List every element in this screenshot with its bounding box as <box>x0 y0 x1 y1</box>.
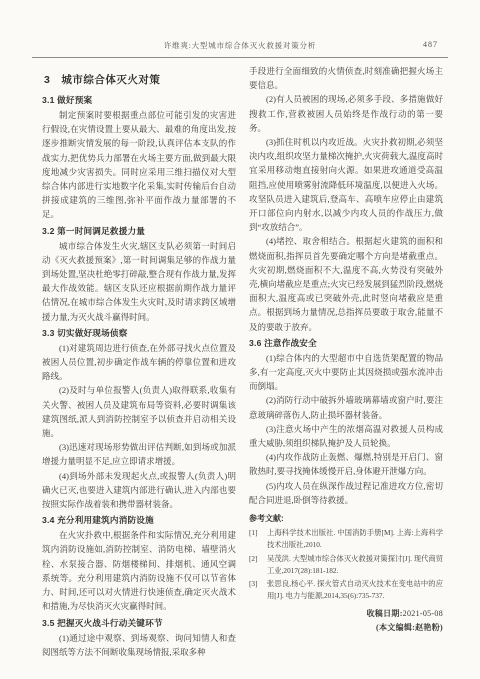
paragraph: 城市综合体发生火灾,辖区支队必须第一时间启动《灭火救援预案》,第一时间调集足够的… <box>42 239 236 324</box>
editor-note: (本文编辑:赵艳粉) <box>249 622 443 633</box>
paragraph: (4)到场外部未发现起火点,或报警人(负责人)明确火已灭,也要进入建筑内部进行确… <box>42 469 236 512</box>
reference-number: [1] <box>249 527 260 551</box>
paragraph: (3)迅速对现场形势做出评估判断,如到场或加派增援力量明显不足,应立即请求增援。 <box>42 440 236 468</box>
received-date-label: 收稿日期: <box>367 609 403 618</box>
paragraph: (4)内攻作战防止轰燃、爆燃,特别是开启门、窗散热时,要寻找掩体缓慢开启,身体避… <box>249 450 443 478</box>
left-column: 3 城市综合体灭火对策3.1 做好预案制定预案时要根据重点部位可能引发的灾害进行… <box>42 64 236 659</box>
running-title: 许维爽:大型城市综合体灭火救援对策分析 <box>164 40 316 51</box>
paragraph: (1)对建筑周边进行侦查,在外部寻找火点位置及被困人员位置,初步确定作战车辆的停… <box>42 341 236 384</box>
paragraph: (2)及时与单位报警人(负责人)取得联系,收集有关火警、被困人员及建筑布局等资料… <box>42 383 236 440</box>
two-column-body: 3 城市综合体灭火对策3.1 做好预案制定预案时要根据重点部位可能引发的灾害进行… <box>42 64 444 659</box>
received-date: 收稿日期:2021-05-08 <box>249 608 443 619</box>
references-heading: 参考文献: <box>249 513 443 524</box>
subsection-heading: 3.3 切实做好现场侦察 <box>42 327 236 339</box>
paragraph: (3)注意火场中产生的浓烟高温对救援人员构成重大威胁,须组织梯队掩护及人员轮换。 <box>249 422 443 450</box>
paragraph: (5)内攻人员在纵深作战过程记准进攻方位,密切配合同进退,卧倒等待救援。 <box>249 479 443 507</box>
paragraph: 在火灾扑救中,根据条件和实际情况,充分利用建筑内消防设施如,消防控制室、消防电梯… <box>42 528 236 613</box>
subsection-heading: 3.1 做好预案 <box>42 94 236 106</box>
paragraph: (2)有人员被困的现场,必须多手段、多措施做好搜救工作,营救被困人员始终是作战行… <box>249 92 443 135</box>
page-number: 487 <box>423 40 438 49</box>
reference-text: 吴茂洪. 大型城市综合体灭火救援对策探讨[J]. 现代商贸工业,2017(28)… <box>267 553 443 577</box>
paper-page: 许维爽:大型城市综合体灭火救援对策分析 487 3 城市综合体灭火对策3.1 做… <box>0 0 480 679</box>
paragraph: (4)堵控、取舍相结合。根据起火建筑的面积和燃烧面积,指挥员首先要确定哪个方向是… <box>249 234 443 333</box>
page-header: 许维爽:大型城市综合体灭火救援对策分析 487 <box>32 40 448 54</box>
right-column: 手段进行全面细致的火情侦查,时刻准确把握火场主要信息。(2)有人员被困的现场,必… <box>249 64 443 659</box>
paragraph: (2)消防行动中破拆外墙玻璃幕墙或窗户时,要注意玻璃碎落伤人,防止损坏器材装备。 <box>249 393 443 421</box>
subsection-heading: 3.2 第一时间调足救援力量 <box>42 225 236 237</box>
paragraph: (1)通过途中观察、到场观察、询问知情人和查阅图纸等方法不间断收集现场情报,采取… <box>42 631 236 659</box>
reference-text: 张思良,杨心平. 探火管式自动灭火技术在变电站中的应用[J]. 电力与能源,20… <box>267 578 443 602</box>
reference-item: [2]吴茂洪. 大型城市综合体灭火救援对策探讨[J]. 现代商贸工业,2017(… <box>249 553 443 577</box>
subsection-heading: 3.4 充分利用建筑内消防设施 <box>42 514 236 526</box>
paragraph: 制定预案时要根据重点部位可能引发的灾害进行假设,在灾情设置上要从最大、最难的角度… <box>42 108 236 222</box>
reference-number: [2] <box>249 553 260 577</box>
header-rule <box>32 57 448 58</box>
subsection-heading: 3.6 注意作战安全 <box>249 337 443 349</box>
paragraph-continuation: 手段进行全面细致的火情侦查,时刻准确把握火场主要信息。 <box>249 64 443 92</box>
reference-item: [1]上海科学技术出版社. 中国消防手册[M]. 上海:上海科学技术出版社,20… <box>249 527 443 551</box>
paragraph: (3)抓住时机以内攻近战。火灾扑救初期,必须坚决内攻,组织攻坚力量梯次掩护,火灾… <box>249 135 443 234</box>
reference-item: [3]张思良,杨心平. 探火管式自动灭火技术在变电站中的应用[J]. 电力与能源… <box>249 578 443 602</box>
section-heading: 3 城市综合体灭火对策 <box>44 72 236 87</box>
paragraph: (1)综合体内的大型超市中自选货架配置的物品多,有一定高度,灭火中要防止其因烧损… <box>249 351 443 394</box>
reference-number: [3] <box>249 578 260 602</box>
reference-text: 上海科学技术出版社. 中国消防手册[M]. 上海:上海科学技术出版社,2010. <box>267 527 443 551</box>
subsection-heading: 3.5 把握灭火战斗行动关键环节 <box>42 617 236 629</box>
received-date-value: 2021-05-08 <box>403 609 443 618</box>
